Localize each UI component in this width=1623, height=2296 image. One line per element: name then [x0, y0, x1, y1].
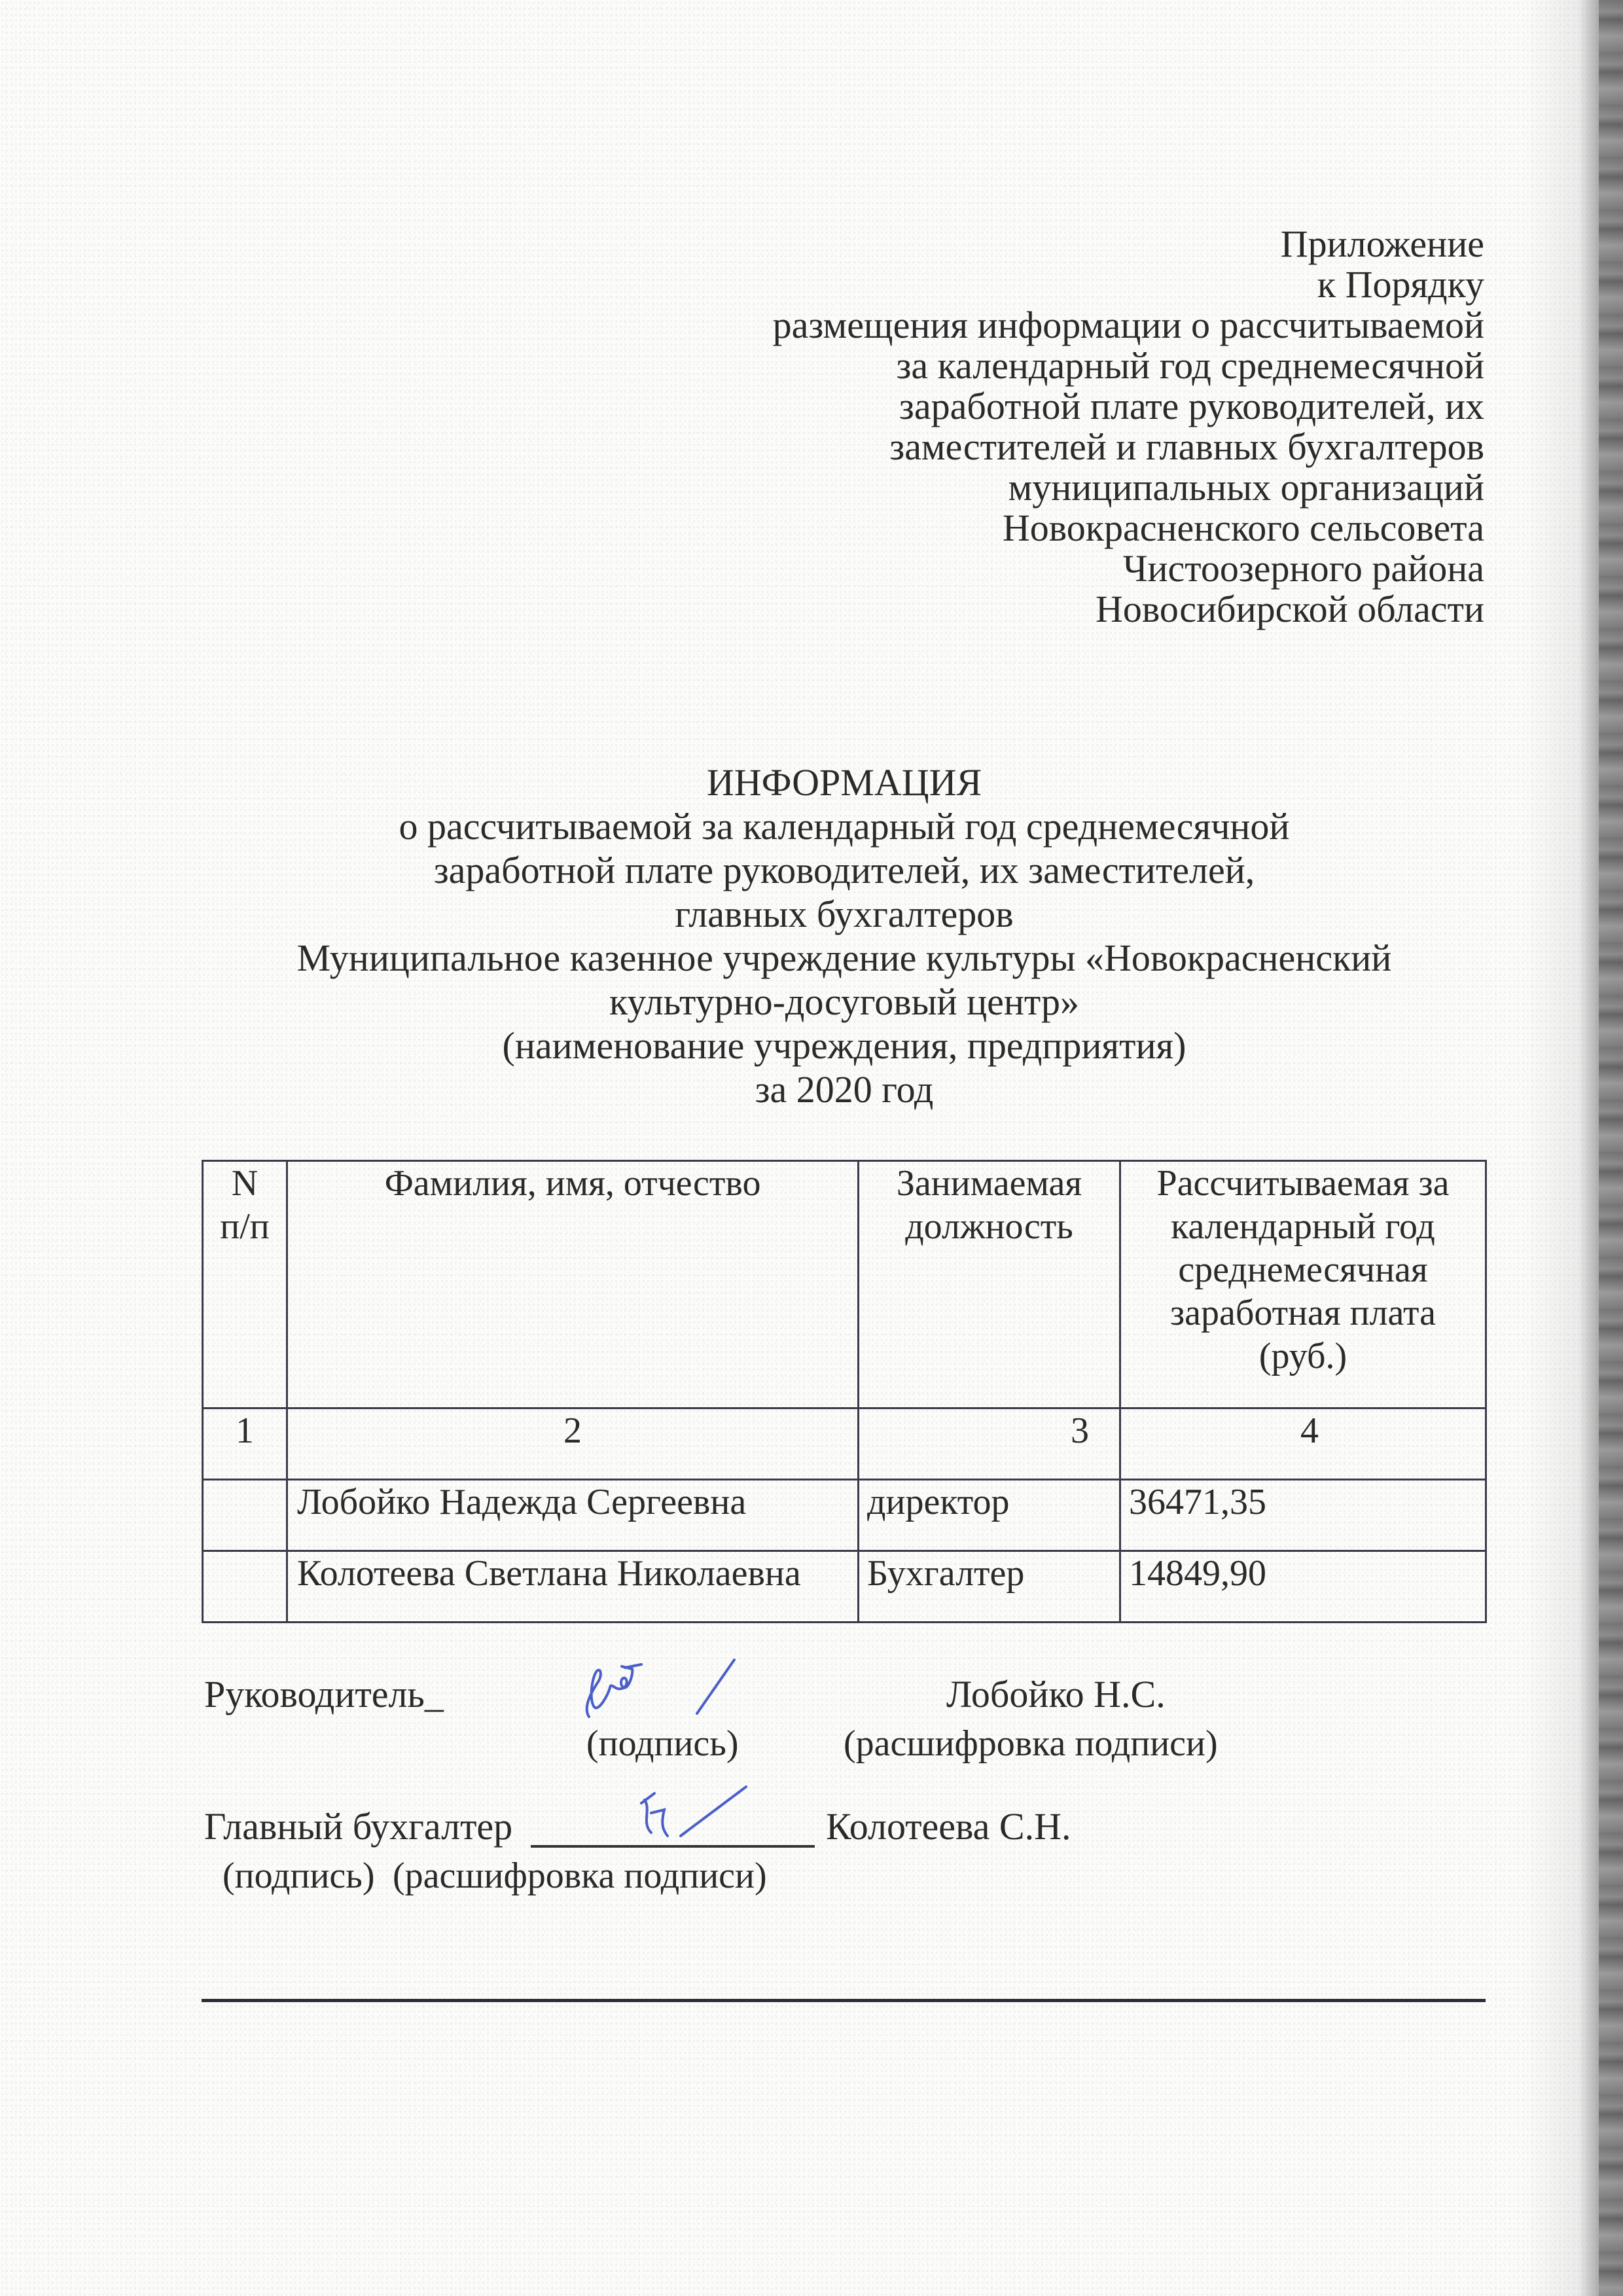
director-signature-caption: (подпись): [586, 1724, 738, 1763]
accountant-decode-caption: (расшифровка подписи): [393, 1856, 767, 1895]
director-label: Руководитель_: [204, 1673, 444, 1716]
director-decode-caption: (расшифровка подписи): [844, 1724, 1218, 1763]
employee-salary: 14849,90: [1120, 1551, 1486, 1623]
header-name: Фамилия, имя, отчество: [287, 1161, 859, 1408]
header-text: Занимаемая: [859, 1162, 1119, 1205]
column-number: 3: [859, 1408, 1120, 1480]
column-number-row: 1 2 3 4: [203, 1408, 1486, 1480]
report-year: за 2020 год: [203, 1067, 1486, 1111]
header-salary: Рассчитываемая за календарный год средне…: [1120, 1161, 1486, 1408]
column-number: 1: [203, 1408, 287, 1480]
employee-position: Бухгалтер: [859, 1551, 1120, 1623]
header-text: п/п: [204, 1205, 286, 1248]
column-number: 4: [1120, 1408, 1486, 1480]
organization-caption: (наименование учреждения, предприятия): [203, 1024, 1486, 1067]
header-position: Занимаемая должность: [859, 1161, 1120, 1408]
header-text: Рассчитываемая за: [1121, 1162, 1485, 1205]
employee-salary: 36471,35: [1120, 1480, 1486, 1551]
bottom-divider-line: [202, 1999, 1486, 2002]
header-text: должность: [859, 1205, 1119, 1248]
appendix-line: к Порядку: [773, 264, 1484, 305]
table-row: Колотеева Светлана Николаевна Бухгалтер …: [203, 1551, 1486, 1623]
organization-name: культурно-досуговый центр»: [203, 980, 1486, 1024]
appendix-line: заместителей и главных бухгалтеров: [773, 427, 1484, 467]
title-line: о рассчитываемой за календарный год сред…: [203, 804, 1486, 848]
column-number: 2: [287, 1408, 859, 1480]
organization-name: Муниципальное казенное учреждение культу…: [203, 936, 1486, 980]
row-number: [203, 1551, 287, 1623]
header-text: Фамилия, имя, отчество: [288, 1162, 857, 1205]
header-text: среднемесячная: [1121, 1248, 1485, 1291]
director-name: Лобойко Н.С.: [946, 1673, 1166, 1716]
accountant-signature-caption: (подпись): [223, 1856, 374, 1895]
document-title: ИНФОРМАЦИЯ о рассчитываемой за календарн…: [203, 761, 1486, 1111]
accountant-signature: [615, 1784, 785, 1849]
accountant-label: Главный бухгалтер: [204, 1805, 512, 1848]
appendix-line: Чистоозерного района: [773, 548, 1484, 589]
appendix-line: муниципальных организаций: [773, 467, 1484, 508]
accountant-name: Колотеева С.Н.: [826, 1805, 1071, 1848]
scan-edge-band: [1599, 0, 1623, 2296]
header-text: N: [204, 1162, 286, 1205]
table-header-row: N п/п Фамилия, имя, отчество Занимаемая …: [203, 1161, 1486, 1408]
header-text: заработная плата: [1121, 1291, 1485, 1335]
appendix-line: размещения информации о рассчитываемой: [773, 305, 1484, 346]
employee-name: Колотеева Светлана Николаевна: [287, 1551, 859, 1623]
salary-table: N п/п Фамилия, имя, отчество Занимаемая …: [202, 1160, 1487, 1623]
appendix-line: Новосибирской области: [773, 589, 1484, 630]
title-line: главных бухгалтеров: [203, 892, 1486, 936]
appendix-line: Новокрасненского сельсовета: [773, 508, 1484, 548]
title-line: заработной плате руководителей, их замес…: [203, 848, 1486, 892]
appendix-header: Приложение к Порядку размещения информац…: [773, 224, 1484, 630]
appendix-line: Приложение: [773, 224, 1484, 264]
header-text: календарный год: [1121, 1205, 1485, 1248]
header-number: N п/п: [203, 1161, 287, 1408]
appendix-line: за календарный год среднемесячной: [773, 346, 1484, 386]
table-row: Лобойко Надежда Сергеевна директор 36471…: [203, 1480, 1486, 1551]
employee-name: Лобойко Надежда Сергеевна: [287, 1480, 859, 1551]
header-text: (руб.): [1121, 1335, 1485, 1378]
title-heading: ИНФОРМАЦИЯ: [203, 761, 1486, 804]
row-number: [203, 1480, 287, 1551]
appendix-line: заработной плате руководителей, их: [773, 386, 1484, 427]
director-signature: [563, 1655, 772, 1727]
employee-position: директор: [859, 1480, 1120, 1551]
